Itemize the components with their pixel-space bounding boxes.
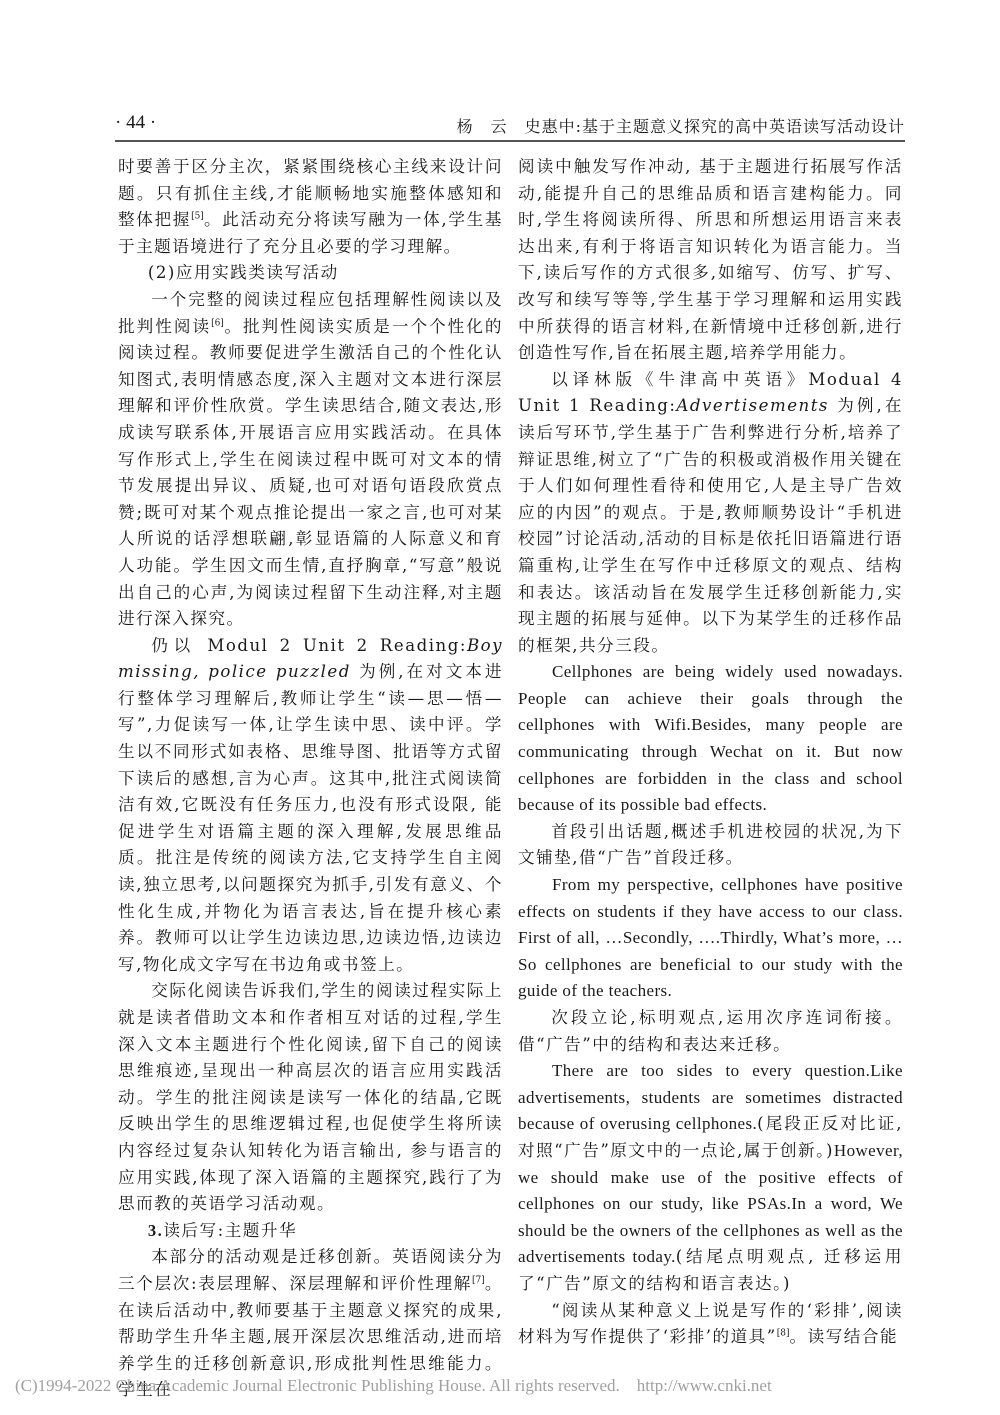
header-rule bbox=[115, 140, 905, 142]
running-title: 杨 云 史惠中:基于主题意义探究的高中英语读写活动设计 bbox=[457, 114, 905, 137]
paragraph: 以译林版《牛津高中英语》Modual 4 Unit 1 Reading:Adve… bbox=[518, 367, 903, 660]
book-title: Advertisements bbox=[676, 396, 828, 415]
paragraph: 时要善于区分主次，紧紧围绕核心主线来设计问题。只有抓住主线,才能顺畅地实施整体感… bbox=[118, 154, 503, 260]
annotation-note: 首段引出话题,概述手机进校园的状况,为下文铺垫,借“广告”首段迁移。 bbox=[518, 819, 903, 872]
text: 为例,在读后写环节,学生基于广告利弊进行分析,培养了辩证思维,树立了“广告的积极… bbox=[518, 396, 903, 654]
citation-ref[interactable]: [7] bbox=[472, 1275, 485, 1285]
paragraph: “阅读从某种意义上说是写作的‘彩排’,阅读材料为写作提供了‘彩排’的道具”[8]… bbox=[518, 1298, 903, 1351]
student-sample-paragraph-3: There are too sides to every question.Li… bbox=[518, 1058, 903, 1297]
student-sample-paragraph-2: From my perspective, cellphones have pos… bbox=[518, 872, 903, 1005]
text: 仍以 Modul 2 Unit 2 Reading: bbox=[151, 636, 467, 655]
section-number: 3. bbox=[148, 1221, 163, 1240]
paragraph: 仍以 Modul 2 Unit 2 Reading:Boy missing, p… bbox=[118, 633, 503, 979]
section-heading: (2)应用实践类读写活动 bbox=[118, 260, 503, 287]
paragraph: 阅读中触发写作冲动, 基于主题进行拓展写作活动,能提升自己的思维品质和语言建构能… bbox=[518, 154, 903, 367]
citation-ref[interactable]: [5] bbox=[191, 212, 204, 222]
text: 。批判性阅读实质是一个个性化的阅读过程。教师要促进学生激活自己的个性化认知图式,… bbox=[118, 317, 503, 629]
paragraph: 交际化阅读告诉我们,学生的阅读过程实际上就是读者借助文本和作者相互对话的过程,学… bbox=[118, 978, 503, 1217]
page-number: · 44 · bbox=[115, 112, 156, 134]
copyright-footer: (C)1994-2022 China Academic Journal Elec… bbox=[15, 1376, 772, 1396]
text: 为例,在对文本进行整体学习理解后,教师让学生“读—思—悟—写”,力促读写一体,让… bbox=[118, 662, 503, 974]
text: 本部分的活动观是迁移创新。英语阅读分为三个层次:表层理解、深层理解和评价性理解 bbox=[118, 1247, 503, 1293]
citation-ref[interactable]: [6] bbox=[211, 318, 224, 328]
citation-ref[interactable]: [8] bbox=[777, 1329, 790, 1339]
page-header: · 44 · 杨 云 史惠中:基于主题意义探究的高中英语读写活动设计 bbox=[115, 112, 905, 142]
text: 读后写:主题升华 bbox=[163, 1221, 297, 1240]
section-heading: 3.读后写:主题升华 bbox=[118, 1218, 503, 1245]
right-column: 阅读中触发写作冲动, 基于主题进行拓展写作活动,能提升自己的思维品质和语言建构能… bbox=[518, 154, 903, 1351]
left-column: 时要善于区分主次，紧紧围绕核心主线来设计问题。只有抓住主线,才能顺畅地实施整体感… bbox=[118, 154, 503, 1404]
student-sample-paragraph-1: Cellphones are being widely used nowaday… bbox=[518, 659, 903, 819]
paragraph: 一个完整的阅读过程应包括理解性阅读以及批判性阅读[6]。批判性阅读实质是一个个性… bbox=[118, 287, 503, 633]
text: 。读写结合能 bbox=[790, 1327, 899, 1346]
annotation-note: 次段立论,标明观点,运用次序连词衔接。借“广告”中的结构和表达来迁移。 bbox=[518, 1005, 903, 1058]
